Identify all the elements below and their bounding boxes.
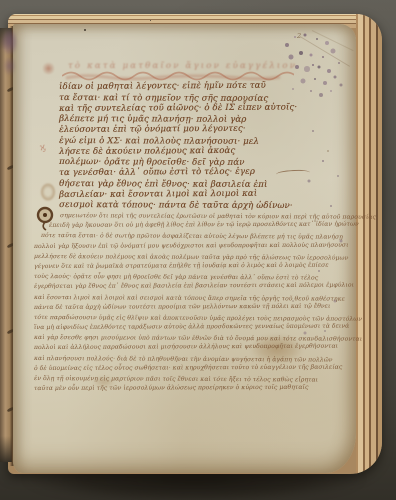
commentary-line: πολλοὶ γὰρ ἥξουσιν ἐπὶ τῷ ὀνόματί μου ψε… — [34, 240, 312, 251]
mould-speckle-cluster — [312, 64, 314, 66]
commentary-line: πολλοὶ καὶ ἀλλήλους παραδώσουσι καὶ μισή… — [34, 342, 312, 353]
headpiece-wave-icon — [62, 71, 294, 81]
commentary-line: γέγονεν ὅτε καὶ τὰ ῥωμαϊκὰ στρατεύματα ἐ… — [34, 261, 312, 272]
ink-speck — [150, 20, 151, 21]
headpiece-title: τὸ κατὰ ματθαῖον ἅγιον εὐαγγέλιον — [68, 61, 297, 71]
page-stack-fore-edge — [356, 14, 382, 474]
headpiece-margin-mark — [42, 62, 55, 75]
text-line: καὶ τῆς συντελείας τοῦ αἰῶνος· ὁ δὲ ΙΣ ε… — [59, 102, 291, 114]
commentary-line: ταῦτα μὲν οὖν περὶ τῆς τῶν ἱεροσολύμων ἁ… — [34, 383, 312, 394]
commentary-text-block: σημειωτέον ὅτι περὶ τῆς συντελείας ἐρωτῶ… — [34, 211, 312, 394]
text-line: ἐλεύσονται ἐπὶ τῷ ὀνόματί μου λέγοντες· — [59, 124, 291, 136]
commentary-line: ἐγερθήσεται γὰρ ἔθνος ἐπ᾿ ἔθνος καὶ βασι… — [34, 281, 312, 292]
commentary-line: ὁ δὲ ὑπομείνας εἰς τέλος οὗτος σωθήσεται… — [34, 363, 312, 374]
purple-stain-top-left — [1, 28, 18, 56]
text-line: βασιλείαν· καὶ ἔσονται λιμοὶ καὶ λοιμοὶ … — [59, 188, 291, 200]
text-line: ἰδίαν οἱ μαθηταὶ λέγοντες· εἰπὲ ἡμῖν πότ… — [59, 81, 291, 93]
manuscript-photo: ϗ 2 τὸ κατὰ ματθαῖον ἅγιον εὐαγγέλιον ἰδ… — [0, 0, 396, 500]
mould-speckles-right-margin — [322, 160, 324, 162]
purple-stain-top-left — [3, 56, 16, 76]
commentary-line: ἐπειδὴ γὰρ ἤκουσαν ὅτι οὐ μὴ ἀφεθῇ λίθος… — [34, 220, 312, 231]
round-blemish-left-margin — [38, 180, 58, 204]
text-line: λήσετε δὲ ἀκούειν πολέμους καὶ ἀκοὰς — [59, 145, 291, 157]
commentary-line: πάντα δὲ ταῦτα ἀρχὴ ὠδίνων τουτέστι προο… — [34, 301, 312, 312]
commentary-line: ἵνα μὴ αἰφνιδίως ἐπελθόντες ταράξωσιν αὐ… — [34, 322, 312, 333]
ink-speck — [84, 29, 86, 31]
folio-number: 2 — [297, 32, 301, 40]
main-text-block: ἰδίαν οἱ μαθηταὶ λέγοντες· εἰπὲ ἡμῖν πότ… — [59, 82, 291, 211]
text-line: τα γενέσθαι· ἀλλ᾿ οὔπω ἐστὶ τὸ τέλος· ἐγ… — [59, 167, 291, 179]
